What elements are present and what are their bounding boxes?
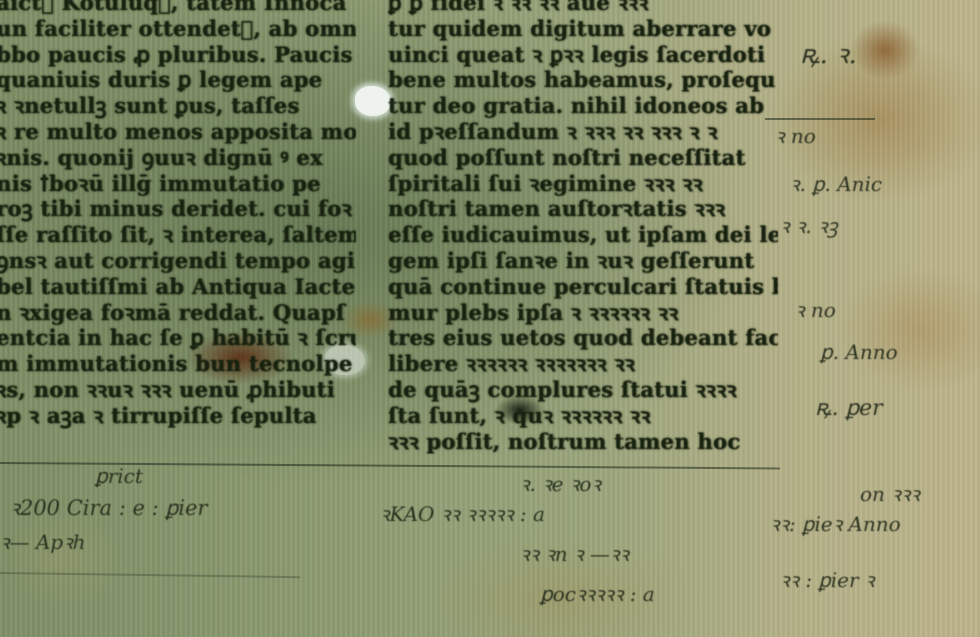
bottom-note: ꝛKAO ꝛꝛ ꝛꝛꝛꝛꝛ : a (380, 500, 545, 527)
text-line: gem ipſi ſanꝛe in ꝛuꝛ geſſerunt (388, 248, 778, 274)
text-line: aict᷑ Kotuluq̄ᷓ, tatem Innoca (0, 0, 356, 16)
bottom-note: ꝛꝛ: ꝑieꝛ Anno (770, 510, 901, 537)
bottom-note: ꝛ. ꝛe ꝛoꝛ (520, 470, 601, 497)
text-line: libere ꝛꝛꝛꝛꝛꝛ ꝛꝛꝛꝛꝛꝛꝛ ꝛꝛ (388, 351, 778, 377)
text-line: de quāꝫ complures ſtatui ꝛꝛꝛꝛ (388, 377, 778, 403)
text-line: bel tautiſſmi ab Antiqua Iacte (0, 274, 356, 300)
worm-hole (355, 86, 391, 116)
margin-note: ꝶ. ꝑer (815, 392, 883, 422)
margin-note: ꝶ. ꝛ. (800, 35, 857, 71)
text-line: ꝯnsꝛ aut corrigendi tempo agi (0, 248, 356, 274)
text-line: ꝛ re multo menos apposita mo (0, 119, 356, 145)
bottom-note: ꝑocꝛꝛꝛꝛꝛ : a (540, 580, 655, 607)
text-line: ꝛꝛꝛ poſſit, noſtrum tamen hoc (388, 429, 778, 455)
text-line: ſta ſunt, ꝛ quꝛ ꝛꝛꝛꝛꝛꝛ ꝛꝛ (388, 403, 778, 429)
text-line: eſſe iudicauimus, ut ipſam dei le (388, 222, 778, 248)
text-line: uinci queat ꝛ ꝑꝛꝛ legis ſacerdoti (388, 42, 778, 68)
bottom-note: ꝛ200 Cira : e : ꝑier (10, 494, 207, 522)
text-line: tur deo gratia. nihil idoneos ab (388, 93, 778, 119)
text-line: ꝛ ꝛnetullꝫ sunt ꝑus, taſſes (0, 93, 356, 119)
right-text-column: ꝑ ꝑ fidei ꝛ ꝛꝛ ꝛꝛ aue ꝛꝛꝛ tur quidem dig… (388, 0, 778, 454)
text-line: bbo paucis ꝓ pluribus. Paucis (0, 42, 356, 68)
text-line: ꝑ ꝑ fidei ꝛ ꝛꝛ ꝛꝛ aue ꝛꝛꝛ (388, 0, 778, 16)
margin-note: ꝛ no (795, 296, 836, 323)
ruled-line (0, 572, 300, 578)
left-text-column: aict᷑ Kotuluq̄ᷓ, tatem Innoca un facilit… (0, 0, 356, 429)
text-line: id pꝛeſſandum ꝛ ꝛꝛꝛ ꝛꝛ ꝛꝛꝛ ꝛ ꝛ (388, 119, 778, 145)
margin-note: ꝛ no (775, 122, 816, 149)
bottom-note: on ꝛꝛꝛ (860, 480, 920, 507)
text-line: bene multos habeamus, proſequ (388, 67, 778, 93)
manuscript-page: aict᷑ Kotuluq̄ᷓ, tatem Innoca un facilit… (0, 0, 980, 637)
text-line: entcia in hac ſe ꝑ habitū ꝛ ſcru (0, 325, 356, 351)
bottom-note: ꝛꝛ : ꝑier ꝛ (780, 566, 874, 593)
text-line: tres eius uetos quod debeant fac (388, 325, 778, 351)
margin-note: ꝑ. Anno (820, 340, 898, 364)
text-line: ꝛs, non ꝛꝛuꝛ ꝛꝛꝛ uenū ꝓhibuti (0, 377, 356, 403)
text-line: ſpiritali ſui ꝛegimine ꝛꝛꝛ ꝛꝛ (388, 171, 778, 197)
bottom-note: ꝛ— Apꝛh (0, 528, 85, 555)
text-line: quaniuis duris ꝑ legem ape (0, 67, 356, 93)
ruled-line (765, 118, 875, 120)
text-line: tur quidem digitum aberrare vo (388, 16, 778, 42)
bottom-note: ꝑrict (95, 464, 143, 488)
text-line: nis ꝉboꝛū illḡ immutatio pe (0, 171, 356, 197)
bottom-note: ꝛꝛ ꝛn ꝛ —ꝛꝛ (520, 540, 629, 567)
text-line: ſſe raſſito ſit, ꝛ interea, ſaltem (0, 222, 356, 248)
text-line: mur plebs ipſa ꝛ ꝛꝛꝛꝛꝛꝛ ꝛꝛ (388, 300, 778, 326)
text-line: m immutationis bun tecnolpe (0, 351, 356, 377)
text-line: un faciliter ottendetᷓ, ab omni (0, 16, 356, 42)
text-line: ꝛp ꝛ aꝫa ꝛ tirrupiſſe ſepulta (0, 403, 356, 429)
foxing-stain (850, 20, 920, 80)
text-line: roꝫ tibi minus deridet. cui foꝛ (0, 196, 356, 222)
margin-note: ꝛ ꝛ. ꝛꝫ (780, 212, 838, 239)
text-line: ꝛnis. quonij ꝯuuꝛ dignū ꝰ ex (0, 145, 356, 171)
margin-note: ꝛ. ꝑ. Anic (790, 170, 882, 197)
text-line: noſtri tamen auſtorꝛtatis ꝛꝛꝛ (388, 196, 778, 222)
text-line: n ꝛxigea foꝛmā reddat. Quapſ (0, 300, 356, 326)
text-line: quā continue perculcari ſtatuis bu (388, 274, 778, 300)
text-line: quod poſſunt noſtri neceſſitat (388, 145, 778, 171)
